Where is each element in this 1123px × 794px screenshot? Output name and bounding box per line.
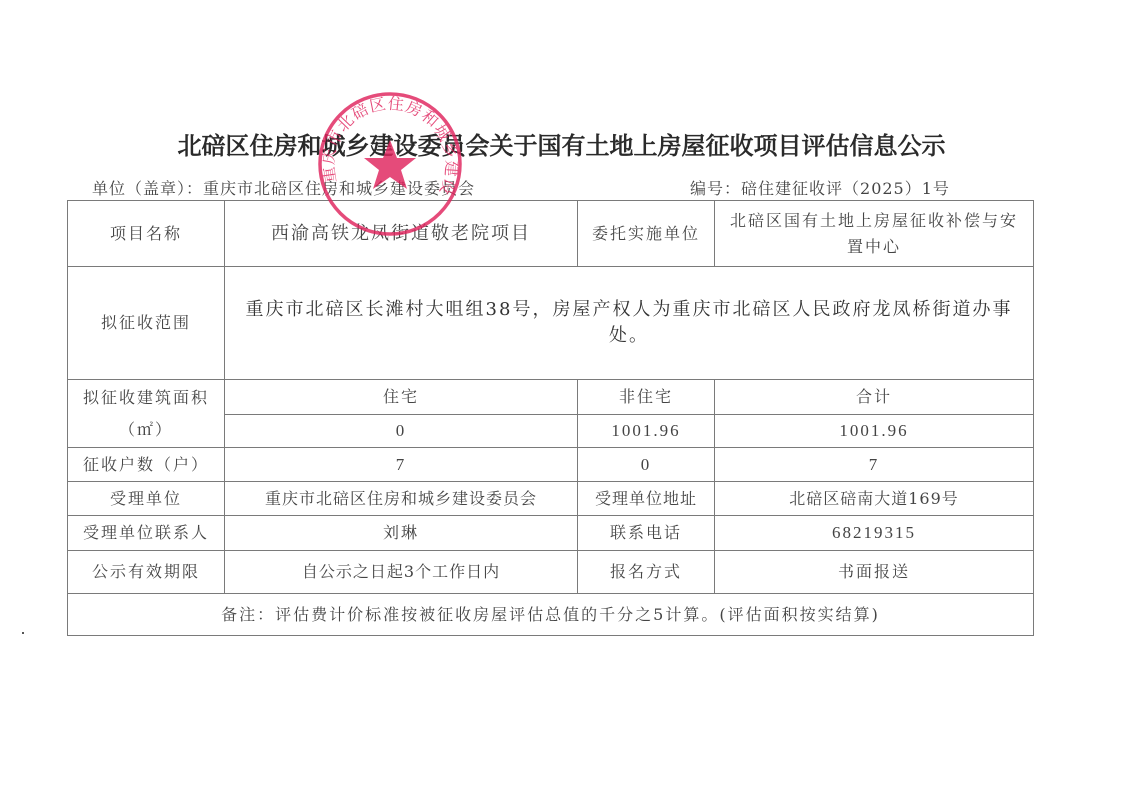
table-row: 项目名称 西渝高铁龙凤街道敬老院项目 委托实施单位 北碚区国有土地上房屋征收补偿… (68, 201, 1034, 267)
scope-value: 重庆市北碚区长滩村大咀组38号，房屋产权人为重庆市北碚区人民政府龙凤桥街道办事处… (225, 267, 1034, 380)
table-row: 公示有效期限 自公示之日起3个工作日内 报名方式 书面报送 (68, 551, 1034, 594)
table-row: 备注：评估费计价标准按被征收房屋评估总值的千分之5计算。(评估面积按实结算) (68, 594, 1034, 636)
table-row: 受理单位 重庆市北碚区住房和城乡建设委员会 受理单位地址 北碚区碚南大道169号 (68, 482, 1034, 516)
issuing-unit: 单位（盖章）：重庆市北碚区住房和城乡建设委员会 (92, 176, 475, 199)
entrusted-unit-value: 北碚区国有土地上房屋征收补偿与安置中心 (715, 201, 1034, 267)
signup-label: 报名方式 (578, 551, 715, 594)
area-non-residential: 1001.96 (578, 415, 715, 448)
table-row: 受理单位联系人 刘琳 联系电话 68219315 (68, 516, 1034, 551)
column-header-non-residential: 非住宅 (578, 380, 715, 415)
phone-label: 联系电话 (578, 516, 715, 551)
document-title: 北碚区住房和城乡建设委员会关于国有土地上房屋征收项目评估信息公示 (0, 126, 1123, 161)
households-residential: 7 (225, 448, 578, 482)
document-number-value: 碚住建征收评（2025）1号 (741, 179, 950, 198)
households-total: 7 (715, 448, 1034, 482)
issuing-unit-label: 单位（盖章）： (92, 179, 203, 198)
project-name-value: 西渝高铁龙凤街道敬老院项目 (225, 201, 578, 267)
area-label-line2: （㎡） (74, 414, 218, 446)
area-label: 拟征收建筑面积 （㎡） (68, 380, 225, 448)
project-name-label: 项目名称 (68, 201, 225, 267)
scan-speck (22, 632, 24, 634)
validity-label: 公示有效期限 (68, 551, 225, 594)
accept-address-label: 受理单位地址 (578, 482, 715, 516)
document-number-label: 编号： (690, 179, 741, 198)
note: 备注：评估费计价标准按被征收房屋评估总值的千分之5计算。(评估面积按实结算) (68, 594, 1034, 636)
scope-label: 拟征收范围 (68, 267, 225, 380)
households-non-residential: 0 (578, 448, 715, 482)
table-row: 征收户数（户） 7 0 7 (68, 448, 1034, 482)
contact-label: 受理单位联系人 (68, 516, 225, 551)
phone-value: 68219315 (715, 516, 1034, 551)
column-header-residential: 住宅 (225, 380, 578, 415)
table-row: 拟征收范围 重庆市北碚区长滩村大咀组38号，房屋产权人为重庆市北碚区人民政府龙凤… (68, 267, 1034, 380)
table-row: 拟征收建筑面积 （㎡） 住宅 非住宅 合计 (68, 380, 1034, 415)
accept-unit-label: 受理单位 (68, 482, 225, 516)
issuing-unit-value: 重庆市北碚区住房和城乡建设委员会 (203, 179, 475, 198)
info-table: 项目名称 西渝高铁龙凤街道敬老院项目 委托实施单位 北碚区国有土地上房屋征收补偿… (67, 200, 1034, 636)
signup-value: 书面报送 (715, 551, 1034, 594)
households-label: 征收户数（户） (68, 448, 225, 482)
area-total: 1001.96 (715, 415, 1034, 448)
entrusted-unit-label: 委托实施单位 (578, 201, 715, 267)
column-header-total: 合计 (715, 380, 1034, 415)
accept-address-value: 北碚区碚南大道169号 (715, 482, 1034, 516)
area-residential: 0 (225, 415, 578, 448)
area-label-line1: 拟征收建筑面积 (74, 382, 218, 414)
contact-value: 刘琳 (225, 516, 578, 551)
validity-value: 自公示之日起3个工作日内 (225, 551, 578, 594)
document-number: 编号：碚住建征收评（2025）1号 (690, 176, 950, 199)
accept-unit-value: 重庆市北碚区住房和城乡建设委员会 (225, 482, 578, 516)
